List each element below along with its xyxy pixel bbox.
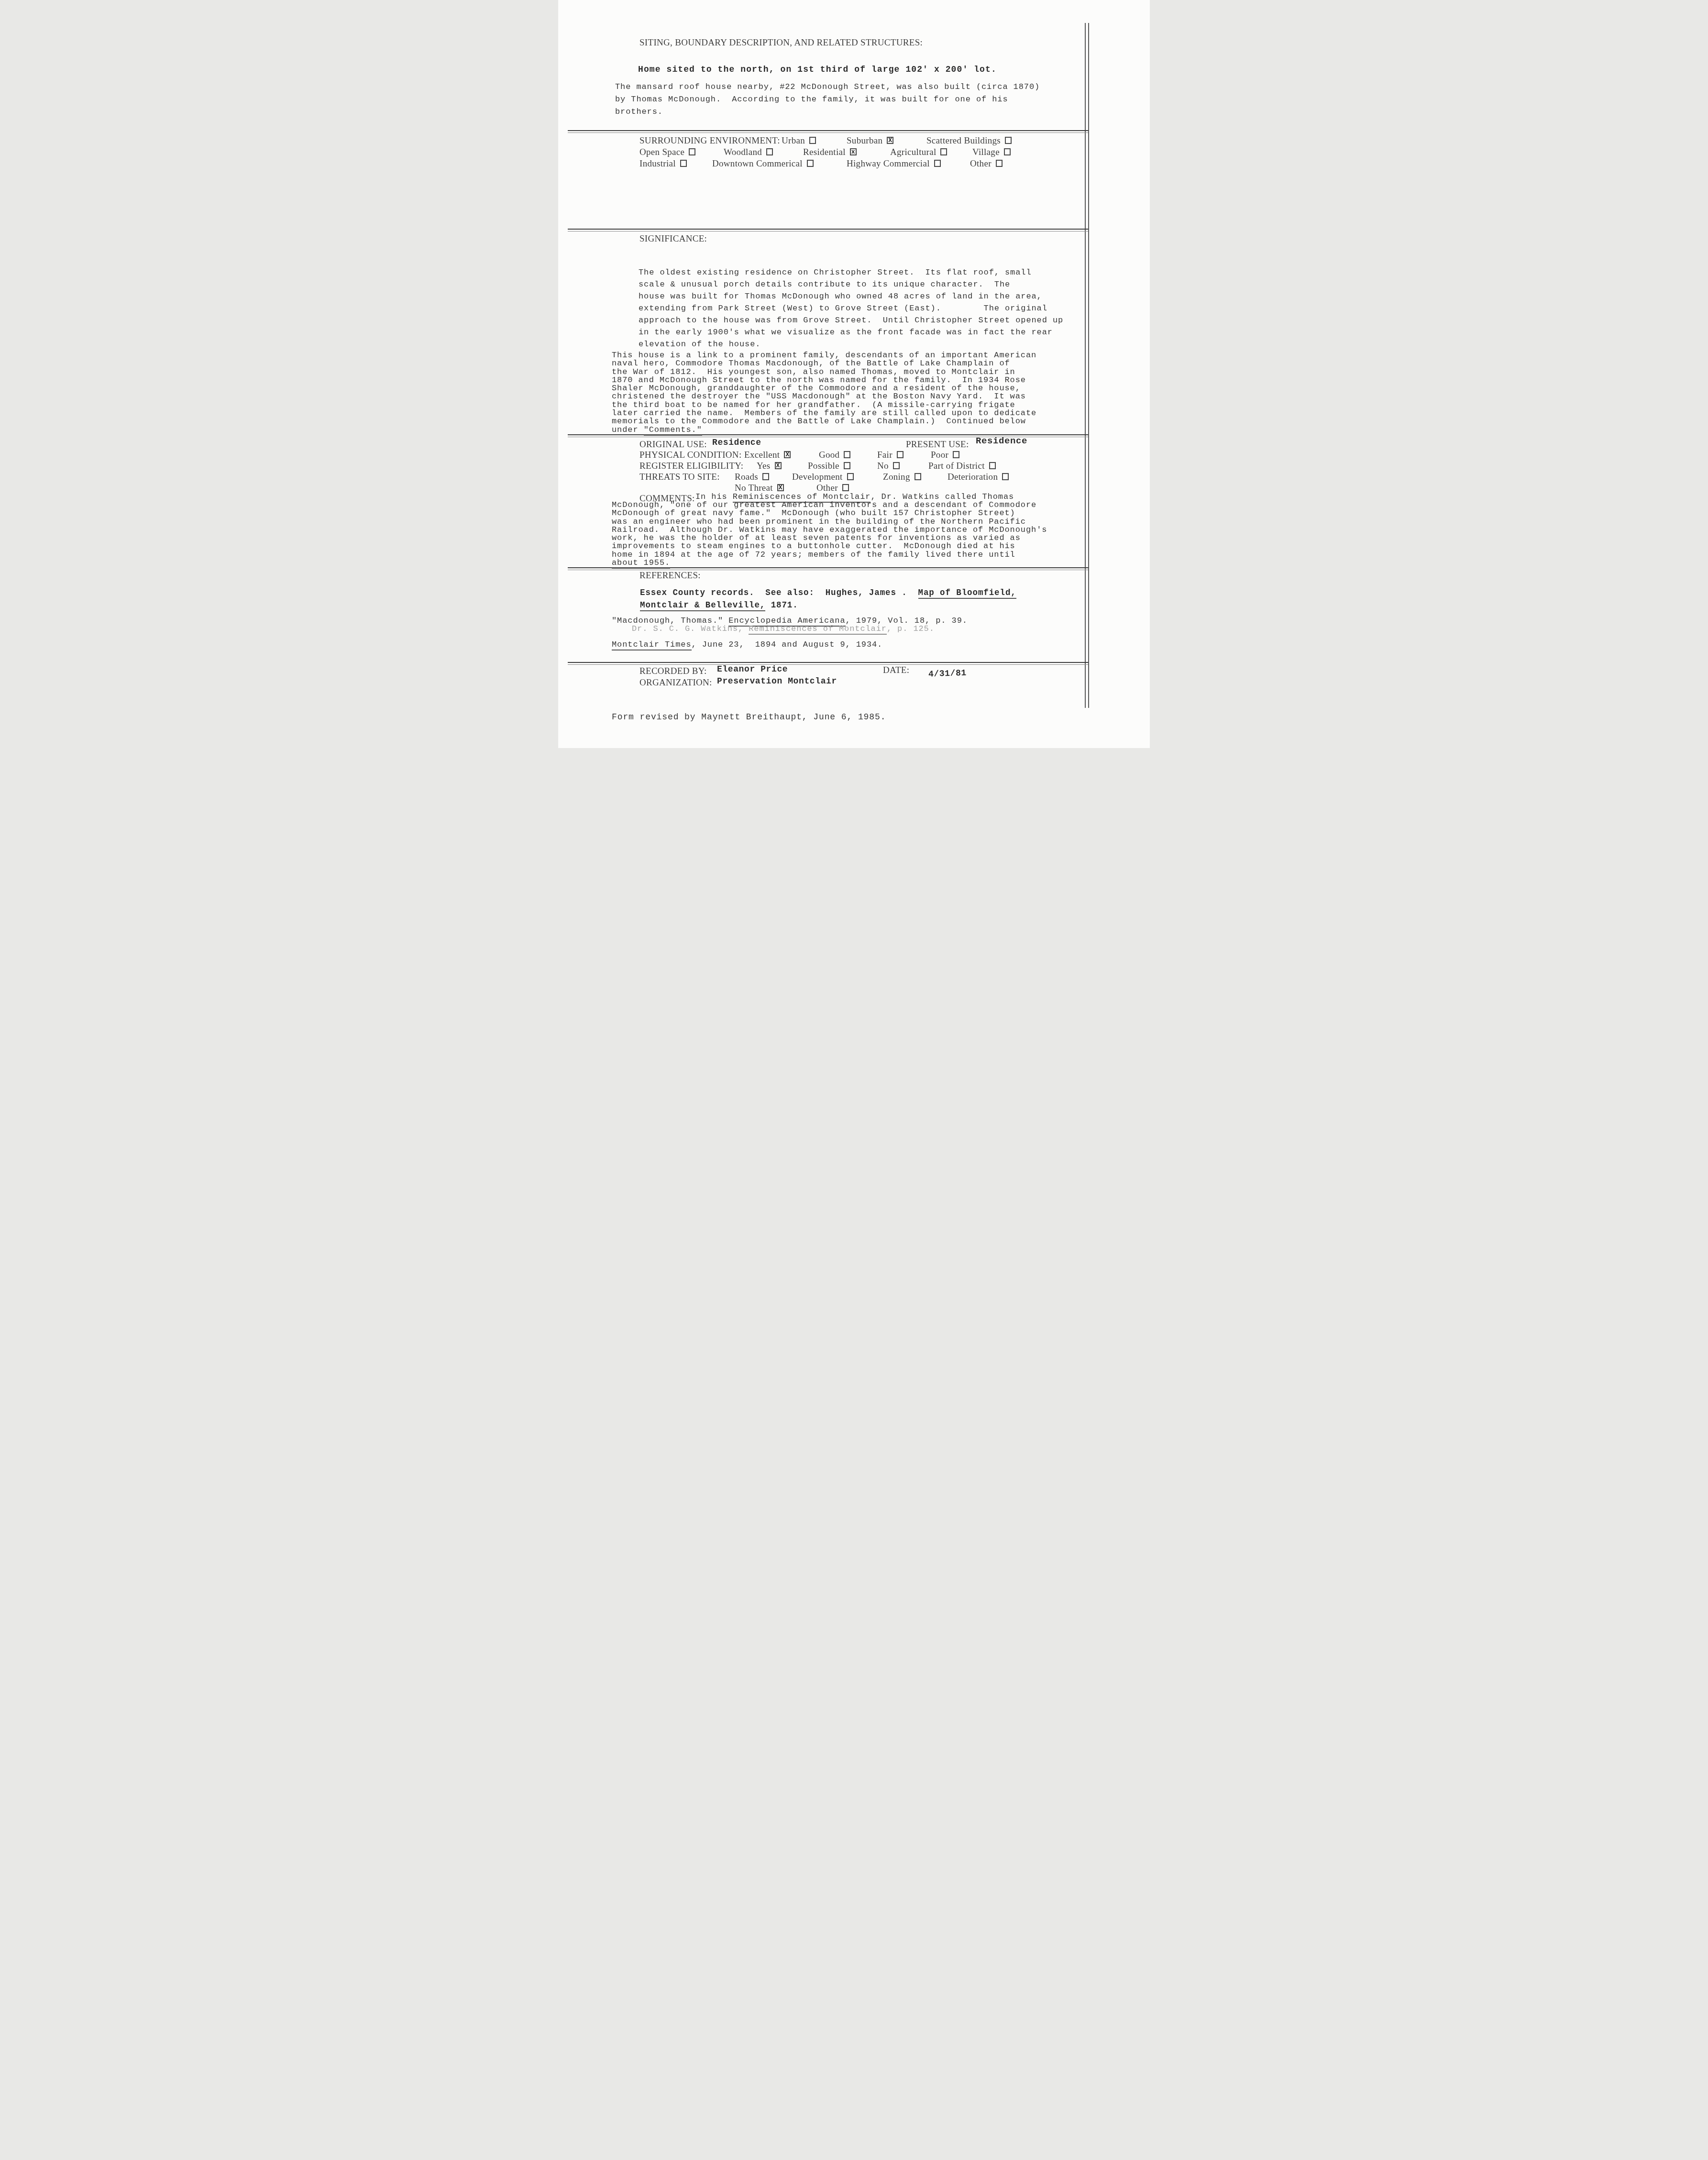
checkbox-deterioration [1002, 473, 1009, 480]
reference-3-title: Reminiscences of Montclair [749, 625, 887, 635]
checkbox-urban [809, 137, 816, 144]
env-option-agricultural: Agricultural [890, 147, 947, 158]
significance-header: SIGNIFICANCE: [639, 234, 707, 244]
section-divider-environment [568, 130, 1088, 133]
reference-4-title: Montclair Times [612, 640, 692, 650]
checkbox-good [844, 451, 850, 458]
checkbox-excellent: X [784, 451, 791, 458]
checkbox-agricultural [940, 148, 947, 155]
env-option-label: Highway Commercial [847, 159, 930, 169]
env-option-village: Village [972, 147, 1011, 158]
condition-option-label: Fair [877, 450, 893, 460]
checkbox-residential: x [850, 148, 857, 155]
threat-option-label: Zoning [883, 472, 910, 482]
original-use-value: Residence [712, 438, 761, 448]
reference-3: Dr. S. C. G. Watkins, Reminiscences of M… [632, 625, 935, 634]
reference-1-line-1: Essex County records. See also: Hughes, … [640, 588, 1016, 598]
register-option-no: No [877, 461, 900, 472]
env-option-label: Suburban [847, 136, 882, 146]
siting-section-header: SITING, BOUNDARY DESCRIPTION, AND RELATE… [639, 38, 923, 48]
checkbox-open-space [689, 148, 695, 155]
condition-option-label: Excellent [744, 450, 780, 460]
env-option-label: Open Space [639, 147, 684, 157]
condition-option-label: Good [819, 450, 839, 460]
comments-body-text: McDonough, "one of our greatest American… [612, 501, 1047, 560]
env-option-label: Scattered Buildings [926, 136, 1001, 146]
threat-option-no-threat: No ThreatX [735, 483, 784, 494]
condition-option-poor: Poor [931, 450, 959, 461]
environment-label: SURROUNDING ENVIRONMENT: [639, 136, 780, 146]
section-divider-recorded [568, 662, 1088, 665]
env-option-woodland: Woodland [724, 147, 773, 158]
condition-option-label: Poor [931, 450, 948, 460]
threat-option-zoning: Zoning [883, 472, 921, 483]
env-option-open-space: Open Space [639, 147, 695, 158]
env-option-label: Agricultural [890, 147, 936, 157]
env-option-urban: Urban [782, 136, 816, 146]
checkbox-roads [762, 473, 769, 480]
recorded-by-value: Eleanor Price [717, 665, 788, 674]
checkbox-no-threat: X [777, 484, 784, 491]
env-option-label: Woodland [724, 147, 762, 157]
physical-condition-label: PHYSICAL CONDITION: [639, 450, 741, 461]
threat-option-label: Deterioration [948, 472, 998, 482]
references-header: REFERENCES: [639, 571, 701, 581]
threat-option-label: Roads [735, 472, 758, 482]
present-use-value: Residence [976, 436, 1027, 446]
present-use-label: PRESENT USE: [906, 440, 969, 450]
env-option-industrial: Industrial [639, 159, 687, 169]
env-option-scattered-buildings: Scattered Buildings [926, 136, 1012, 146]
organization-value: Preservation Montclair [717, 677, 837, 686]
comments-body: McDonough, "one of our greatest American… [612, 501, 1096, 567]
threat-option-label: Development [792, 472, 843, 482]
threats-label: THREATS TO SITE: [639, 472, 720, 483]
reference-1-title-part-1: Map of Bloomfield, [918, 588, 1016, 599]
register-option-label: Part of District [928, 461, 985, 471]
register-option-part-of-district: Part of District [928, 461, 996, 472]
checkbox-scattered-buildings [1005, 137, 1012, 144]
reference-4: Montclair Times, June 23, 1894 and Augus… [612, 640, 882, 650]
env-option-label: Other [970, 159, 992, 169]
section-divider-significance [568, 229, 1088, 231]
checkbox-possible [844, 462, 850, 469]
form-revision-note: Form revised by Maynett Breithaupt, June… [612, 713, 886, 722]
condition-option-good: Good [819, 450, 850, 461]
significance-paragraph: The oldest existing residence on Christo… [639, 267, 1123, 351]
condition-option-excellent: ExcellentX [744, 450, 791, 461]
threat-option-label: No Threat [735, 483, 773, 493]
organization-label: ORGANIZATION: [639, 678, 712, 688]
threat-option-roads: Roads [735, 472, 769, 483]
env-option-label: Urban [782, 136, 805, 146]
scanned-form-page: SITING, BOUNDARY DESCRIPTION, AND RELATE… [558, 0, 1150, 748]
register-option-label: Yes [757, 461, 771, 471]
checkbox-yes: X [775, 462, 782, 469]
date-value: 4/31/81 [928, 669, 967, 680]
threat-option-other: Other [816, 483, 849, 494]
checkbox-fair [897, 451, 904, 458]
reference-3-post: , p. 125. [887, 625, 935, 634]
original-use-label: ORIGINAL USE: [639, 440, 707, 450]
env-option-label: Industrial [639, 159, 676, 169]
register-option-possible: Possible [808, 461, 850, 472]
checkbox-zoning [915, 473, 921, 480]
env-option-suburban: SuburbanX [847, 136, 893, 146]
register-option-label: No [877, 461, 889, 471]
reference-3-pre: Dr. S. C. G. Watkins, [632, 625, 749, 634]
significance-paragraph-2-text: This house is a link to a prominent fami… [612, 351, 1036, 435]
reference-4-post: , June 23, 1894 and August 9, 1934. [692, 640, 883, 650]
recorded-by-label: RECORDED BY: [639, 666, 707, 677]
checkbox-no [893, 462, 900, 469]
env-option-downtown-commercial: Downtown Commerical [712, 159, 814, 169]
env-option-highway-commercial: Highway Commercial [847, 159, 941, 169]
register-option-yes: YesX [757, 461, 782, 472]
checkbox-woodland [766, 148, 773, 155]
threat-option-label: Other [816, 483, 838, 493]
reference-1-line-2: Montclair & Belleville, 1871. [640, 601, 798, 610]
reference-1-post: 1871. [765, 601, 798, 610]
checkbox-other-environment [996, 160, 1003, 167]
env-option-residential: Residentialx [803, 147, 857, 158]
siting-line: Home sited to the north, on 1st third of… [638, 65, 997, 75]
env-option-label: Village [972, 147, 1000, 157]
env-option-label: Downtown Commerical [712, 159, 803, 169]
date-label: DATE: [883, 665, 909, 676]
siting-paragraph: The mansard roof house nearby, #22 McDon… [615, 81, 1099, 119]
reference-1-title-part-2: Montclair & Belleville, [640, 601, 765, 611]
checkbox-suburban: X [887, 137, 893, 144]
checkbox-part-of-district [989, 462, 996, 469]
checkbox-industrial [680, 160, 687, 167]
significance-paragraph-2: This house is a link to a prominent fami… [612, 352, 1096, 434]
env-option-other-environment: Other [970, 159, 1003, 169]
threat-option-deterioration: Deterioration [948, 472, 1009, 483]
checkbox-downtown-commercial [807, 160, 814, 167]
threat-option-development: Development [792, 472, 854, 483]
reference-1-pre: Essex County records. See also: Hughes, … [640, 588, 918, 598]
significance-paragraph-2-underlined: "Comments." [644, 426, 702, 436]
condition-option-fair: Fair [877, 450, 904, 461]
register-option-label: Possible [808, 461, 839, 471]
checkbox-poor [953, 451, 959, 458]
checkbox-highway-commercial [934, 160, 941, 167]
checkbox-development [847, 473, 854, 480]
comments-body-underlined: about 1955. [612, 559, 670, 569]
checkbox-other-threat [842, 484, 849, 491]
env-option-label: Residential [803, 147, 846, 157]
register-eligibility-label: REGISTER ELIGIBILITY: [639, 461, 743, 472]
checkbox-village [1004, 148, 1011, 155]
